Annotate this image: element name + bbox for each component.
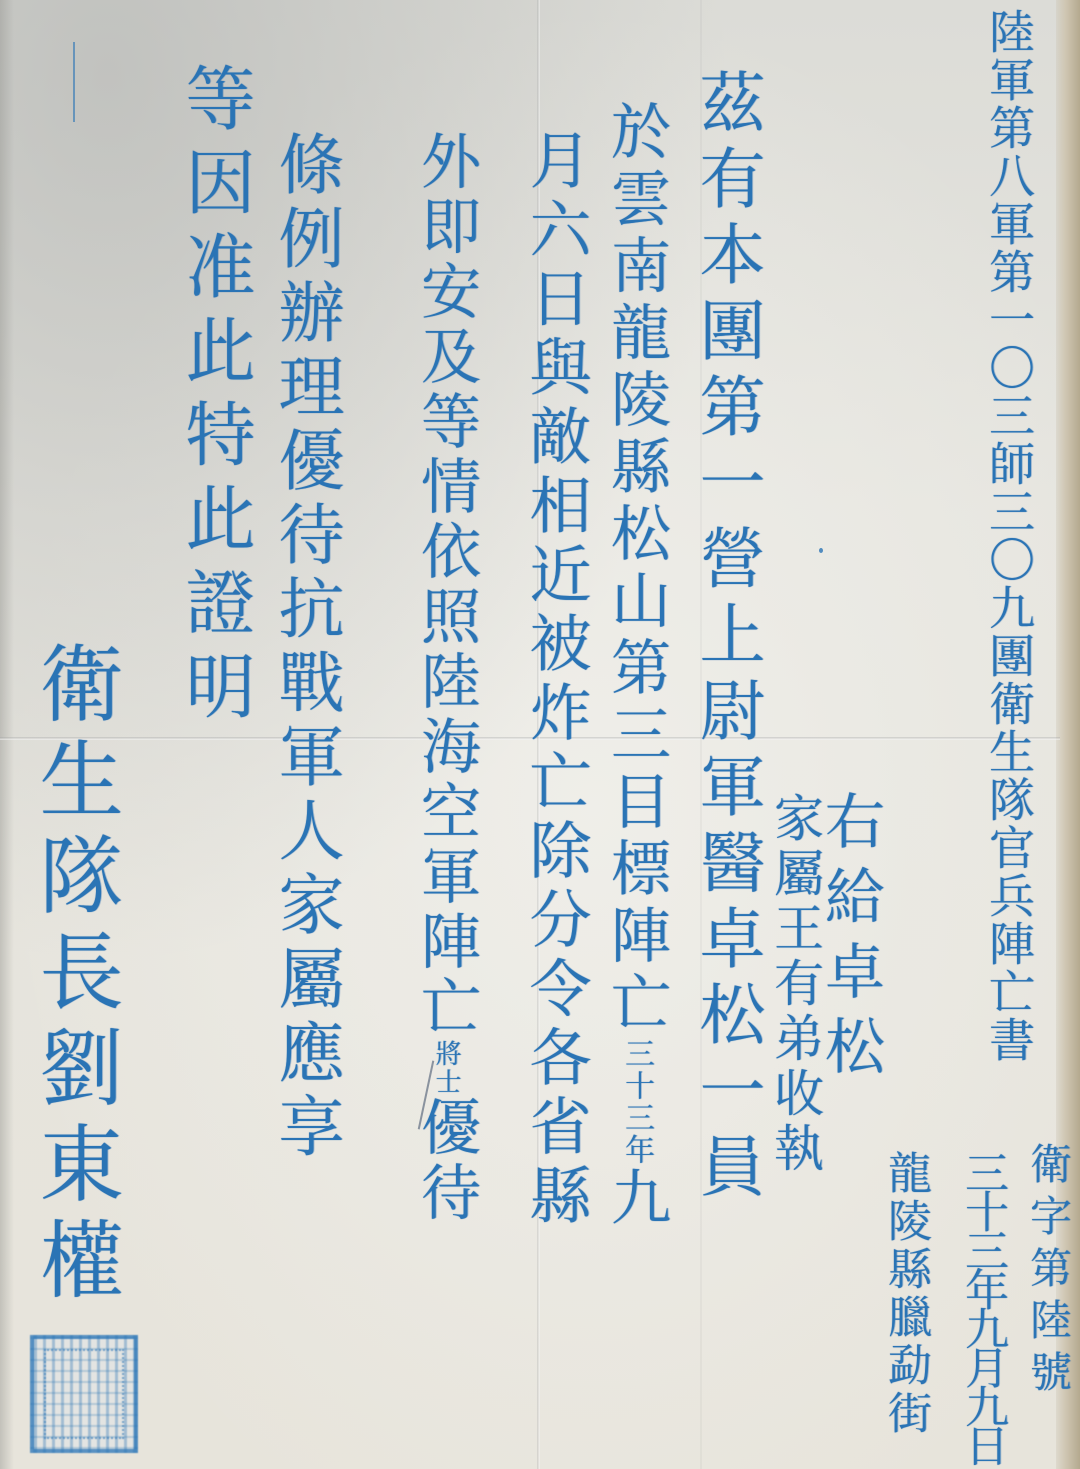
body-column-3: 月六日與敵相近被炸亡除分令各省縣	[524, 128, 586, 1232]
signature-title: 衛生隊長	[26, 640, 124, 1024]
seal-inner-border	[44, 1349, 124, 1439]
body-column-4-insertion: 將士	[431, 1040, 461, 1096]
body-column-4: 外即安及等情依照陸海空軍陣亡將士優待	[416, 130, 476, 1226]
recipient-line-1: 右給卓松	[820, 790, 880, 1090]
official-seal-stamp	[30, 1335, 138, 1453]
body-column-2: 於雲南龍陵縣松山第三目標陣亡三十三年九	[606, 100, 666, 1233]
body-column-5: 條例辦理優待抗戰軍人家屬應享	[272, 130, 338, 1166]
signature-name: 劉東權	[26, 1024, 124, 1312]
body-column-2-tail: 九	[601, 1166, 671, 1233]
body-column-2-main: 於雲南龍陵縣松山第三目標陣亡	[601, 100, 671, 1038]
document-title: 陸軍第八軍第一〇三師三〇九團衛生隊官兵陣亡書	[986, 8, 1032, 1064]
serial-number: 衛字第陸號	[1027, 1142, 1069, 1402]
pen-mark	[73, 42, 75, 122]
paper-left-edge-shadow	[0, 0, 14, 1469]
body-column-4-main: 外即安及等情依照陸海空軍陣亡	[411, 130, 481, 1040]
body-column-1: 茲有本團第一營上尉軍醫卓松一員	[693, 68, 759, 1208]
issue-date: 三十三年九月九日	[960, 1150, 1004, 1462]
body-column-2-year: 三十三年	[619, 1038, 654, 1166]
ink-dot	[819, 548, 823, 553]
issue-location: 龍陵縣臘勐街	[883, 1150, 927, 1438]
recipient-line-2: 家屬王有弟收執	[770, 792, 820, 1177]
body-column-4-tail: 優待	[411, 1096, 481, 1226]
body-column-6: 等因准此特此證明	[180, 62, 250, 734]
signature: 衛生隊長劉東權	[33, 640, 117, 1312]
